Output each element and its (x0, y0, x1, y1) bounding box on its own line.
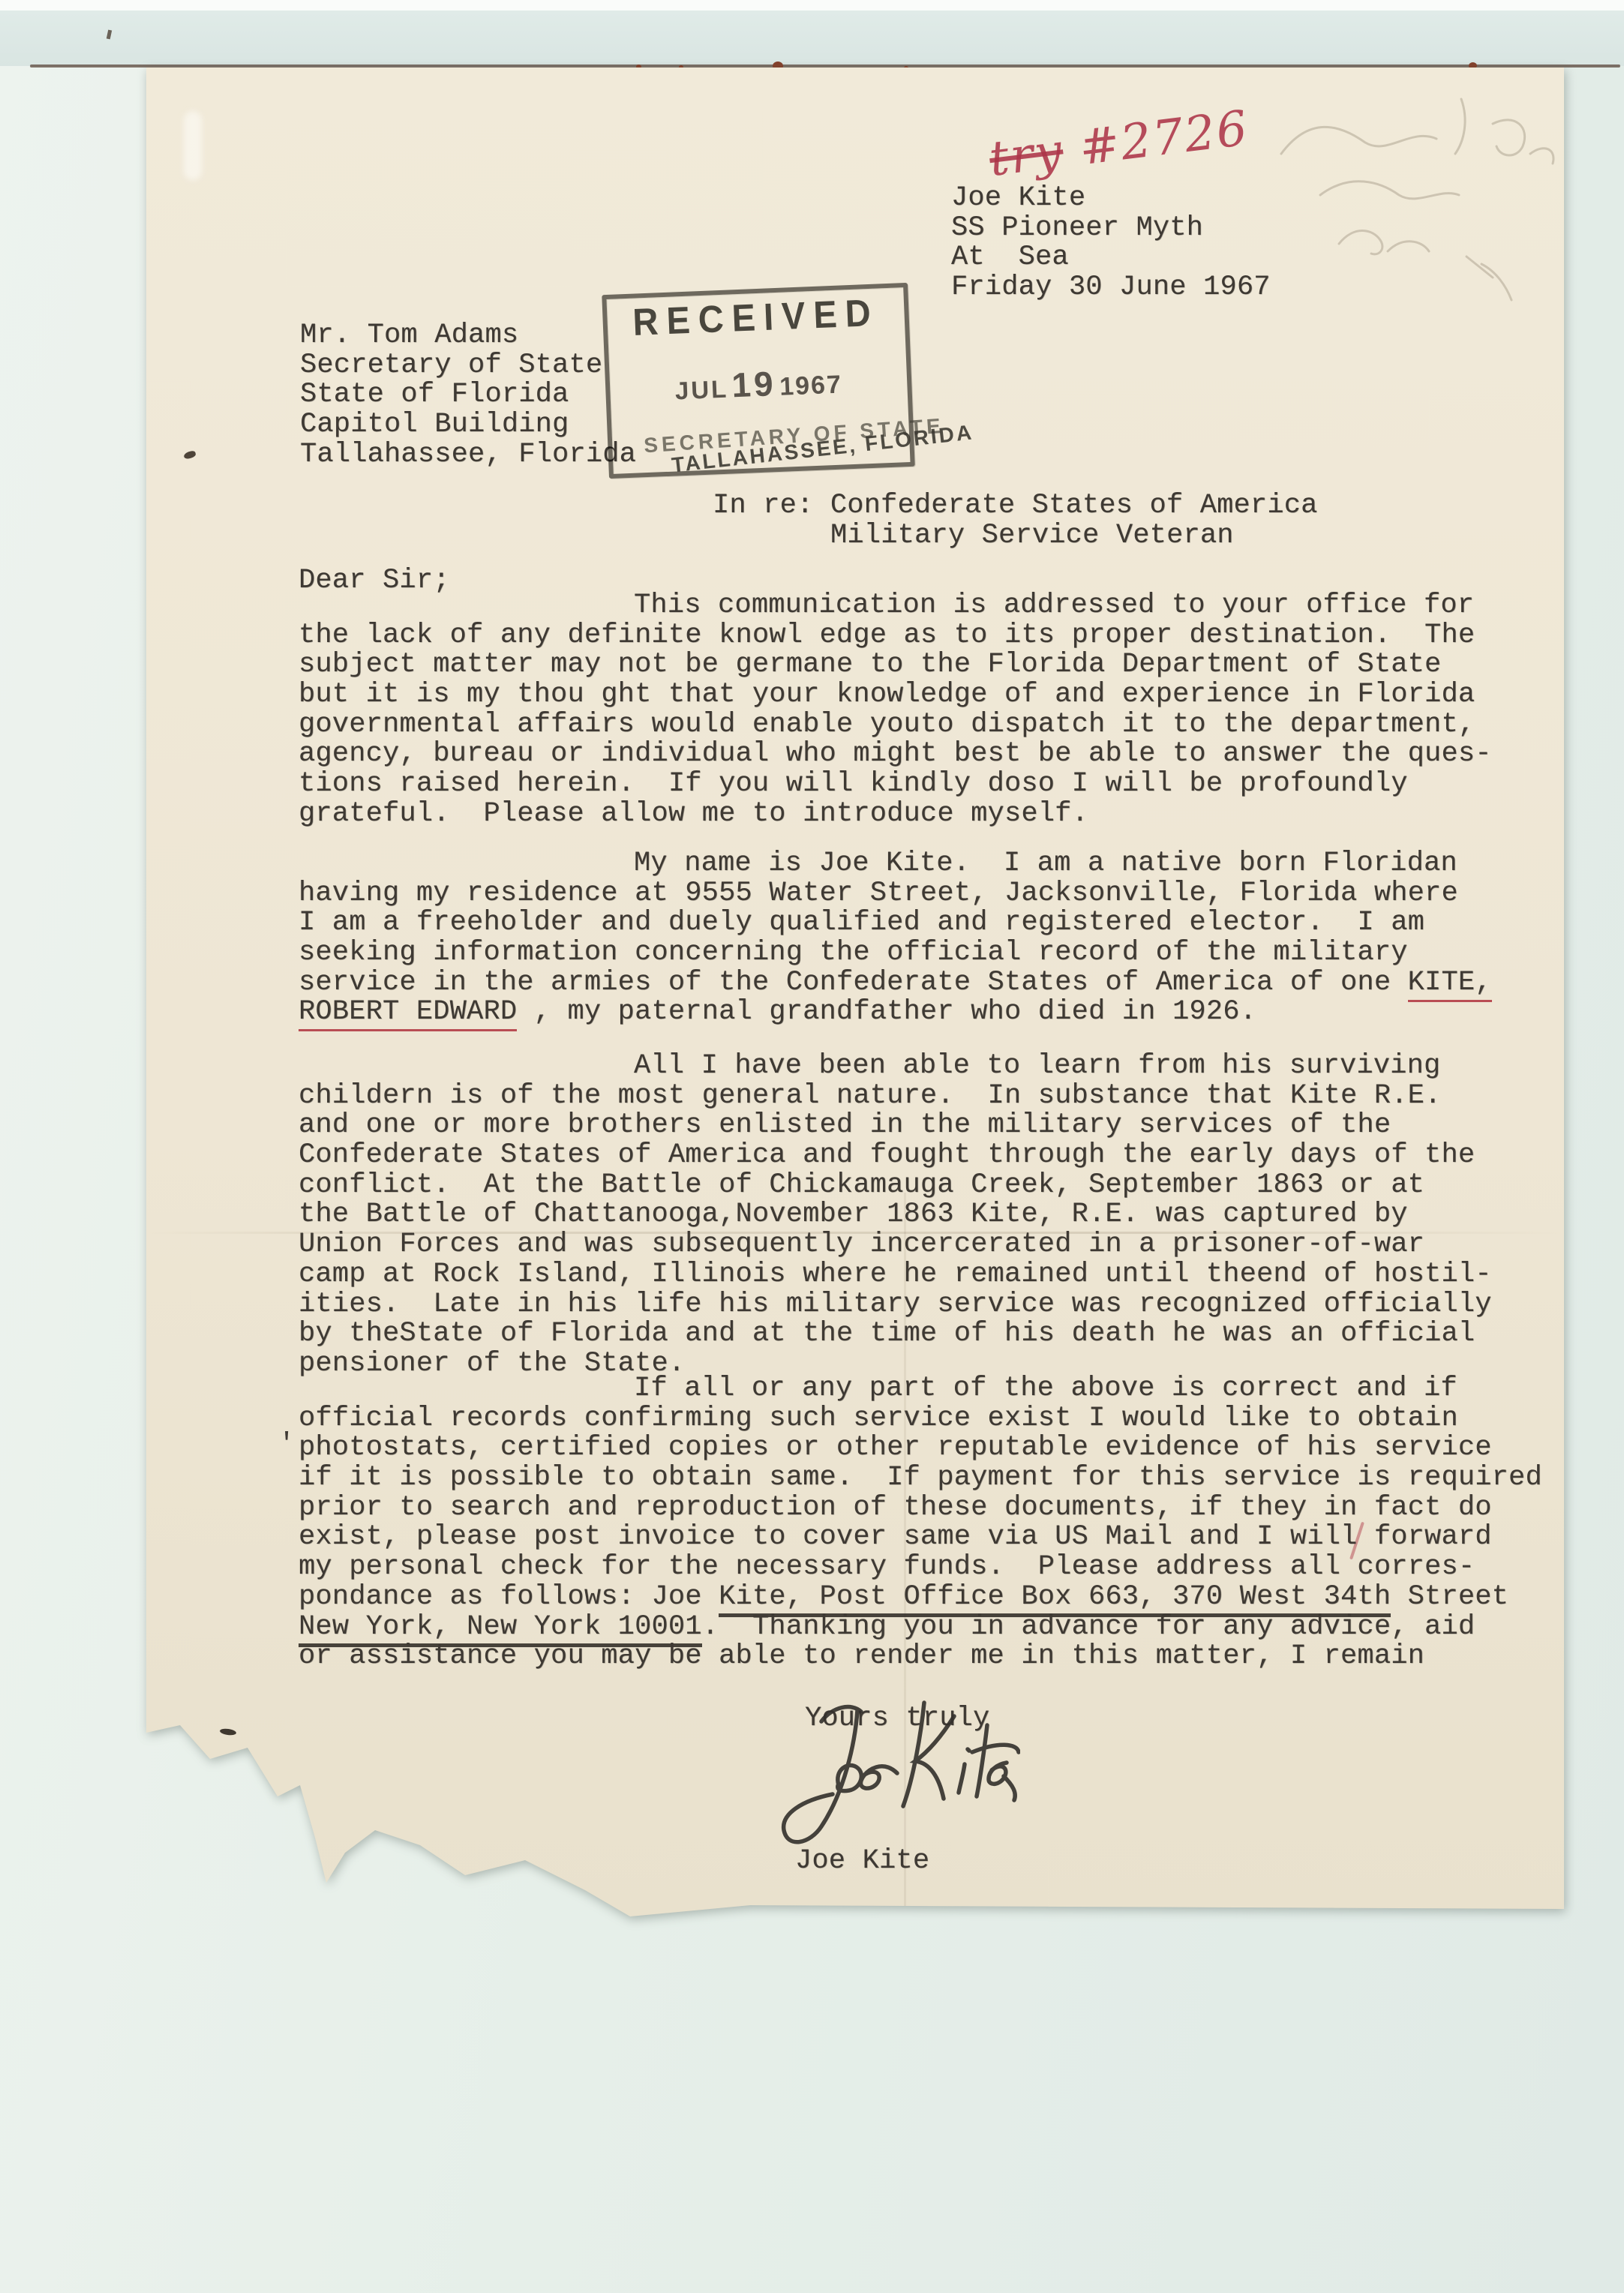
body-line: my personal check for the necessary fund… (299, 1553, 1542, 1583)
body-line: camp at Rock Island, Illinois where he r… (299, 1260, 1492, 1290)
body-line: service in the armies of the Confederate… (299, 968, 1492, 998)
body-line: or assistance you may be able to render … (299, 1642, 1542, 1672)
body-line: and one or more brothers enlisted in the… (299, 1111, 1492, 1141)
stamp-day: 19 (731, 364, 776, 404)
paragraph-2: My name is Joe Kite. I am a native born … (299, 849, 1492, 1028)
paragraph-1: This communication is addressed to your … (299, 591, 1492, 830)
body-line: seeking information concerning the offic… (299, 938, 1492, 968)
body-line: exist, please post invoice to cover same… (299, 1523, 1542, 1553)
body-line: agency, bureau or individual who might b… (299, 740, 1492, 770)
paragraph-4: If all or any part of the above is corre… (299, 1374, 1542, 1672)
body-line: tions raised herein. If you will kindly … (299, 770, 1492, 800)
recipient-line: Tallahassee, Florida (300, 440, 636, 470)
body-line: photostats, certified copies or other re… (299, 1433, 1542, 1463)
stamp-year: 1967 (779, 371, 842, 401)
body-text: pondance as follows: Joe (299, 1581, 719, 1613)
stamp-month: JUL (674, 375, 729, 405)
recipient-line: Secretary of State (300, 351, 636, 381)
subject-line: Military Service Veteran (713, 521, 1318, 551)
scan-top-white-strip (0, 0, 1624, 11)
stray-typed-mark: ' (278, 1429, 295, 1460)
signature-handwriting (750, 1680, 1020, 1860)
body-line: official records confirming such service… (299, 1404, 1542, 1434)
recipient-line: Capitol Building (300, 410, 636, 440)
body-line: All I have been able to learn from his s… (299, 1052, 1492, 1082)
scanned-letter-page: try #2726 Joe Kite SS Pioneer Myth At Se… (0, 0, 1624, 2293)
body-line: by theState of Florida and at the time o… (299, 1319, 1492, 1349)
body-line: the Battle of Chattanooga,November 1863 … (299, 1200, 1492, 1230)
recipient-block: Mr. Tom Adams Secretary of State State o… (300, 321, 636, 470)
paper-smudge (184, 111, 202, 180)
red-underlined-text: ROBERT EDWARD (299, 996, 517, 1031)
body-line: This communication is addressed to your … (299, 591, 1492, 621)
body-line: childern is of the most general nature. … (299, 1082, 1492, 1112)
sender-ship: SS Pioneer Myth (951, 214, 1271, 244)
sender-date: Friday 30 June 1967 (951, 273, 1271, 303)
sender-block: Joe Kite SS Pioneer Myth At Sea Friday 3… (951, 184, 1271, 303)
sender-name: Joe Kite (951, 184, 1271, 214)
body-text: service in the armies of the Confederate… (299, 967, 1408, 998)
scan-top-blue-strip (0, 11, 1624, 66)
subject-block: In re: Confederate States of America Mil… (713, 491, 1318, 551)
pencil-scribble (1268, 83, 1590, 308)
letter-paper: try #2726 Joe Kite SS Pioneer Myth At Se… (146, 68, 1564, 1924)
body-line: Union Forces and was subsequently incerc… (299, 1230, 1492, 1260)
body-line: ROBERT EDWARD , my paternal grandfather … (299, 998, 1492, 1028)
body-line: conflict. At the Battle of Chickamauga C… (299, 1171, 1492, 1201)
body-line: governmental affairs would enable youto … (299, 710, 1492, 740)
body-line: having my residence at 9555 Water Street… (299, 879, 1492, 909)
recipient-line: Mr. Tom Adams (300, 321, 636, 351)
body-text: , my paternal grandfather who died in 19… (517, 996, 1256, 1028)
body-line: if it is possible to obtain same. If pay… (299, 1463, 1542, 1493)
body-line: Confederate States of America and fought… (299, 1141, 1492, 1171)
recipient-line: State of Florida (300, 380, 636, 410)
body-line: My name is Joe Kite. I am a native born … (299, 849, 1492, 879)
paper-surface: try #2726 Joe Kite SS Pioneer Myth At Se… (146, 68, 1564, 1924)
body-line: the lack of any definite knowl edge as t… (299, 621, 1492, 651)
red-note-number: #2726 (1060, 101, 1252, 179)
bottom-ink-blot (220, 1728, 237, 1736)
red-underlined-text: KITE, (1408, 967, 1492, 1002)
body-line: but it is my thou ght that your knowledg… (299, 680, 1492, 710)
received-stamp: RECEIVED JUL 19 1967 SECRETARY OF STATE … (602, 283, 915, 479)
body-text: Street (1391, 1581, 1508, 1613)
body-line: I am a freeholder and duely qualified an… (299, 908, 1492, 938)
body-line: subject matter may not be germane to the… (299, 650, 1492, 680)
body-line: pondance as follows: Joe Kite, Post Offi… (299, 1583, 1542, 1613)
body-line: If all or any part of the above is corre… (299, 1374, 1542, 1404)
body-line: grateful. Please allow me to introduce m… (299, 800, 1492, 830)
paragraph-3: All I have been able to learn from his s… (299, 1052, 1492, 1379)
body-text: . Thanking you in advance for any advice… (702, 1611, 1475, 1643)
body-line: prior to search and reproduction of thes… (299, 1493, 1542, 1523)
red-note-word: try (986, 124, 1067, 188)
body-line: ities. Late in his life his military ser… (299, 1290, 1492, 1320)
sender-location: At Sea (951, 243, 1271, 273)
body-line: New York, New York 10001. Thanking you i… (299, 1613, 1542, 1643)
subject-line: In re: Confederate States of America (713, 491, 1318, 521)
margin-ink-blot (183, 450, 197, 460)
typed-signature-name: Joe Kite (795, 1847, 1624, 1877)
